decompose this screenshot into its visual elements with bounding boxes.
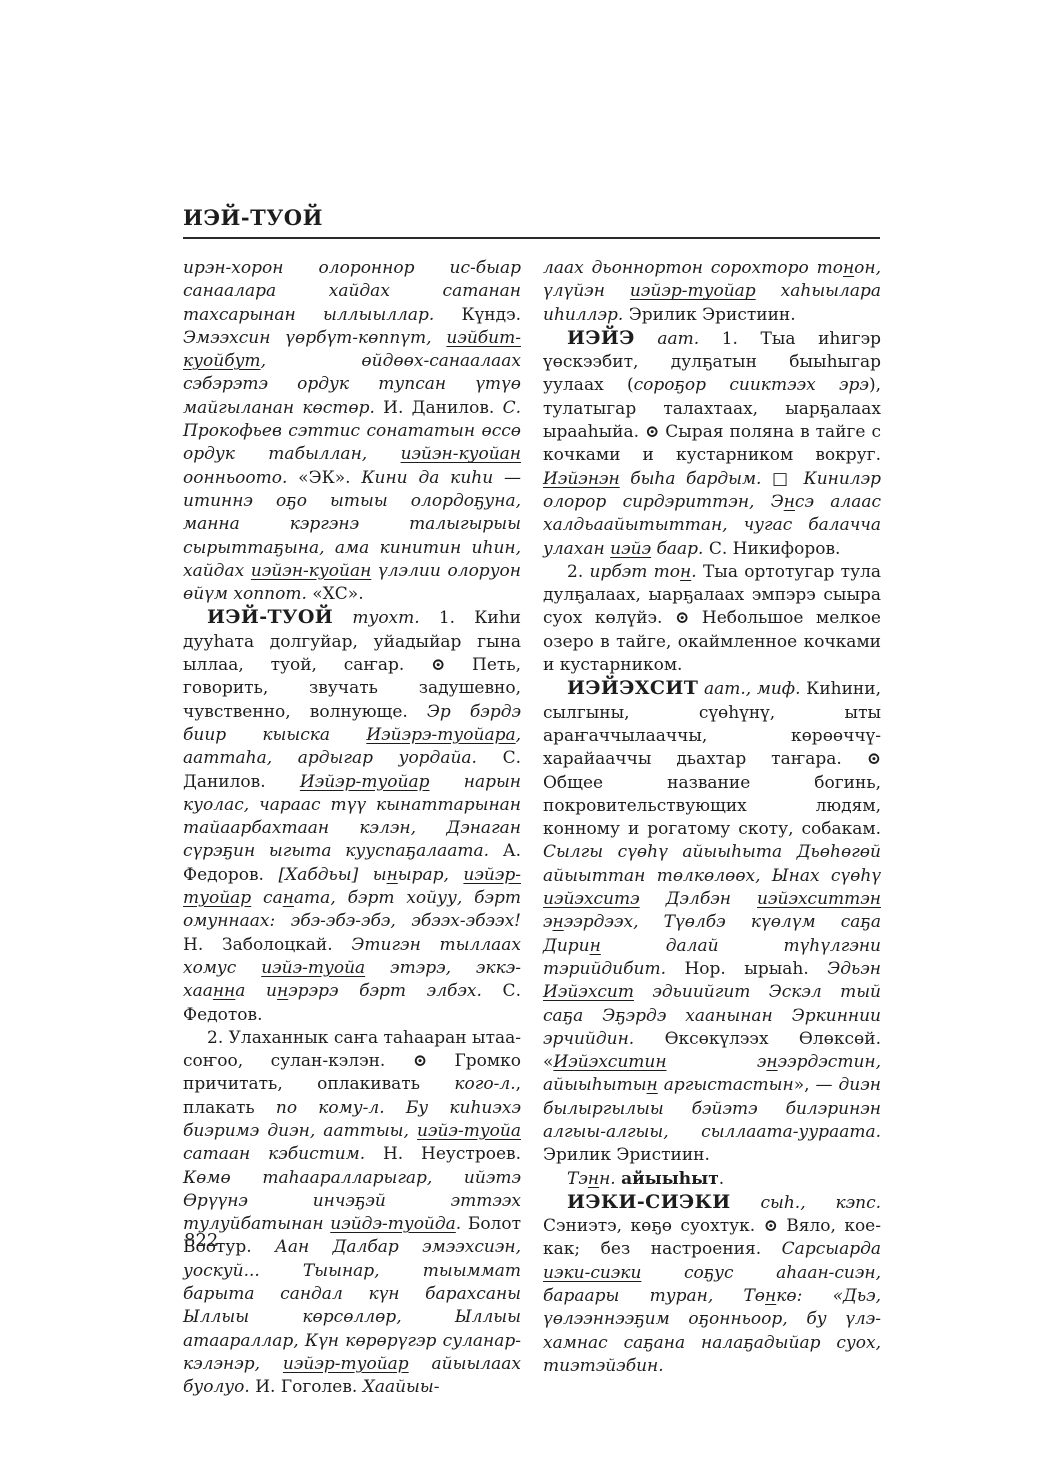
right-continuation-paragraph: лаах дьоннортон сорохторо тонон, үлүйэн … bbox=[543, 257, 881, 327]
header-rule bbox=[183, 237, 880, 239]
translation-marker-icon: ⊙ bbox=[867, 749, 881, 769]
dictionary-page: ИЭЙ-ТУОЙ ирэн-хорон олороннор ис-быар са… bbox=[0, 0, 1040, 1473]
translation-marker-icon: ⊙ bbox=[675, 608, 689, 628]
translation-marker-icon: ⊙ bbox=[413, 1051, 427, 1071]
running-head: ИЭЙ-ТУОЙ bbox=[183, 205, 323, 230]
entry-ieye: ИЭЙЭ аат. 1. Тыа иһигэр үөскээбит, дулҕа… bbox=[543, 327, 881, 561]
sense-2-ieye: 2. ирбэт тон. Тыа ортотугар тула дулҕала… bbox=[543, 561, 881, 677]
translation-marker-icon: ⊙ bbox=[764, 1216, 778, 1236]
left-column: ирэн-хорон олороннор ис-быар санаалара х… bbox=[183, 257, 521, 1400]
translation-marker-icon: ⊙ bbox=[645, 422, 659, 442]
sense-2-iey-tuoy: 2. Улаханнык саҥа таһааран ытаа-соҥоо, с… bbox=[183, 1027, 521, 1400]
compare-note: Тэнн. айыыһыт. bbox=[543, 1168, 881, 1191]
entry-ieki-sieki: ИЭКИ-СИЭКИ сыһ., кэпс. Сэниэтэ, көҕө суо… bbox=[543, 1191, 881, 1378]
right-column: лаах дьоннортон сорохторо тонон, үлүйэн … bbox=[543, 257, 881, 1378]
entry-ieyekhsit: ИЭЙЭХСИТ аат., миф. Киһини, сылгыны, сүө… bbox=[543, 677, 881, 1167]
entry-iey-tuoy: ИЭЙ-ТУОЙ туохт. 1. Киһи дууһата долгуйар… bbox=[183, 606, 521, 1026]
translation-marker-icon: ⊙ bbox=[431, 655, 445, 675]
page-number: 822 bbox=[184, 1230, 218, 1251]
left-continuation-paragraph: ирэн-хорон олороннор ис-быар санаалара х… bbox=[183, 257, 521, 606]
example-block-marker-icon: □ bbox=[772, 469, 793, 489]
